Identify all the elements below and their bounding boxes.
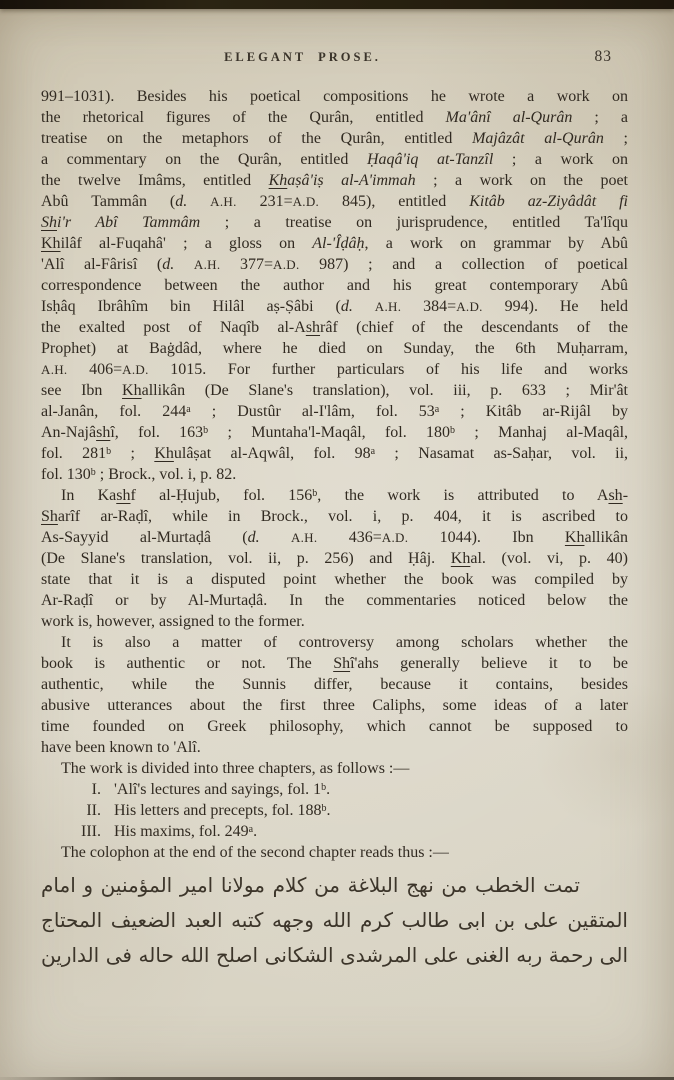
text-line: Abû Tammân (d. A.H. 231=A.D. 845), entit… (41, 191, 628, 212)
list-text: His maxims, fol. 249a. (114, 821, 628, 842)
text-line: time founded on Greek philosophy, which … (41, 716, 628, 737)
text-line: abusive utterances about the first three… (41, 695, 628, 716)
text-line: work is, however, assigned to the former… (41, 611, 628, 632)
text-line: book is authentic or not. The Shî'ahs ge… (41, 653, 628, 674)
text-line: 991–1031). Besides his poetical composit… (41, 86, 628, 107)
text-line: have been known to 'Alî. (41, 737, 628, 758)
text-line: the twelve Imâms, entitled Khaṣâ'iṣ al-A… (41, 170, 628, 191)
chapter-list: I. 'Alî's lectures and sayings, fol. 1b.… (41, 779, 628, 842)
list-numeral: III. (41, 821, 101, 842)
list-item: II. His letters and precepts, fol. 188b. (41, 800, 628, 821)
text-line: correspondence between the author and hi… (41, 275, 628, 296)
text-line: Ar-Raḍî or by Al-Murtaḍâ. In the comment… (41, 590, 628, 611)
text-line: As-Sayyid al-Murtaḍâ (d. A.H. 436=A.D. 1… (41, 527, 628, 548)
arabic-colophon: تمت الخطب من نهج البلاغة من كلام مولانا … (41, 868, 628, 973)
text-line: Prophet) at Baġdâd, where he died on Sun… (41, 338, 628, 359)
text-line: Khilâf al-Fuqahâ' ; a gloss on Al-'Îḍâḥ,… (41, 233, 628, 254)
book-page: ELEGANT PROSE. 83 991–1031). Besides his… (0, 0, 674, 1080)
text-line: state that it is a disputed point whethe… (41, 569, 628, 590)
text-line: fol. 281b ; Khulâṣat al-Aqwâl, fol. 98a … (41, 443, 628, 464)
running-title: ELEGANT PROSE. (9, 50, 596, 65)
list-numeral: II. (41, 800, 101, 821)
text-line: (De Slane's translation, vol. ii, p. 256… (41, 548, 628, 569)
text-line: An-Najâshî, fol. 163b ; Muntaha'l-Maqâl,… (41, 422, 628, 443)
text-line: In Kashf al-Ḥujub, fol. 156b, the work i… (41, 485, 628, 506)
paragraph-2: In Kashf al-Ḥujub, fol. 156b, the work i… (41, 485, 628, 632)
list-text: His letters and precepts, fol. 188b. (114, 800, 628, 821)
text-line: fol. 130b ; Brock., vol. i, p. 82. (41, 464, 628, 485)
page-number: 83 (595, 48, 613, 66)
page-header: ELEGANT PROSE. 83 (41, 50, 628, 70)
text-line: al-Janân, fol. 244a ; Dustûr al-I'lâm, f… (41, 401, 628, 422)
paragraph-1: 991–1031). Besides his poetical composit… (41, 86, 628, 485)
page-body: 991–1031). Besides his poetical composit… (41, 86, 628, 973)
text-line: the rhetorical figures of the Qurân, ent… (41, 107, 628, 128)
text-line: Shi'r Abî Tammâm ; a treatise on jurispr… (41, 212, 628, 233)
arabic-line: الى رحمة ربه الغنى على المرشدى الشكانى ا… (41, 938, 628, 973)
text-line: It is also a matter of controversy among… (41, 632, 628, 653)
list-item: III. His maxims, fol. 249a. (41, 821, 628, 842)
text-line: the exalted post of Naqîb al-Ashrâf (chi… (41, 317, 628, 338)
paragraph-5: The colophon at the end of the second ch… (41, 842, 628, 863)
paragraph-4: The work is divided into three chapters,… (41, 758, 628, 779)
text-line: authentic, while the Sunnis differ, beca… (41, 674, 628, 695)
text-line: A.H. 406=A.D. 1015. For further particul… (41, 359, 628, 380)
list-text: 'Alî's lectures and sayings, fol. 1b. (114, 779, 628, 800)
text-line: a commentary on the Qurân, entitled Ḥaqâ… (41, 149, 628, 170)
list-item: I. 'Alî's lectures and sayings, fol. 1b. (41, 779, 628, 800)
text-line: The work is divided into three chapters,… (41, 758, 628, 779)
text-line: treatise on the metaphors of the Qurân, … (41, 128, 628, 149)
arabic-line: تمت الخطب من نهج البلاغة من كلام مولانا … (41, 868, 628, 903)
scan-top-edge (0, 0, 674, 9)
text-line: The colophon at the end of the second ch… (41, 842, 628, 863)
paragraph-3: It is also a matter of controversy among… (41, 632, 628, 758)
text-line: see Ibn Khallikân (De Slane's translatio… (41, 380, 628, 401)
text-line: Isḥâq Ibrâhîm bin Hilâl aṣ-Ṣâbi (d. A.H.… (41, 296, 628, 317)
arabic-line: المتقين على بن ابى طالب كرم الله وجهه كت… (41, 903, 628, 938)
list-numeral: I. (41, 779, 101, 800)
text-line: Sharîf ar-Raḍî, while in Brock., vol. i,… (41, 506, 628, 527)
text-line: 'Alî al-Fârisî (d. A.H. 377=A.D. 987) ; … (41, 254, 628, 275)
